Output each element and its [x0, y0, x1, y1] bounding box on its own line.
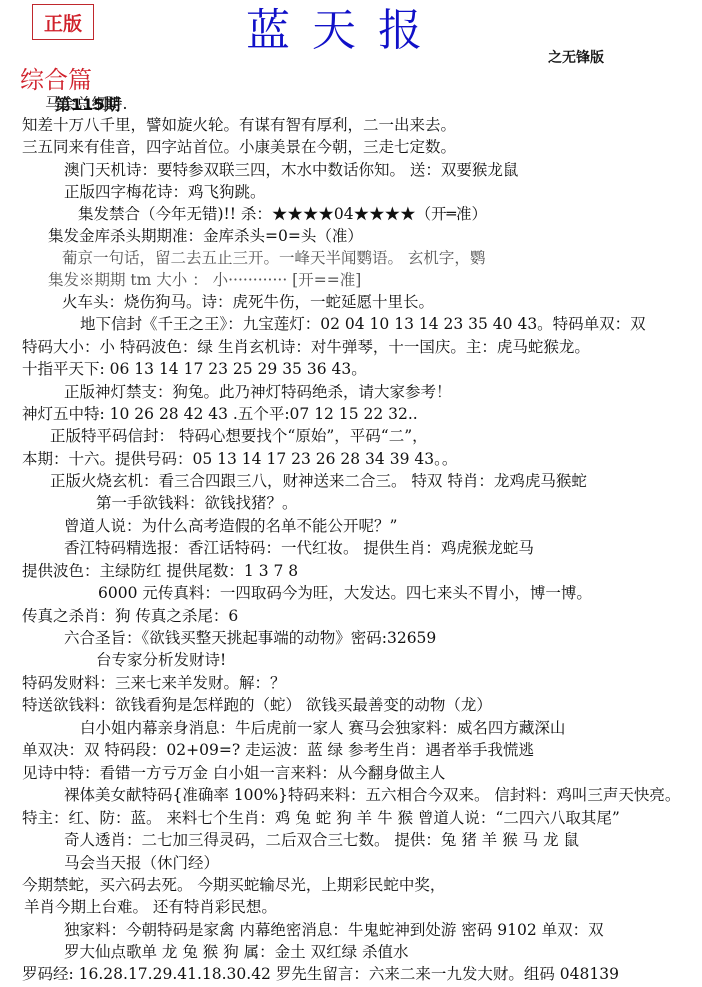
- text-line: 特主：红、防：蓝。 来料七个生肖：鸡 兔 蛇 狗 羊 牛 猴 曾道人说：“二四六…: [22, 808, 620, 828]
- text-line: 台专家分析发财诗!: [96, 650, 226, 670]
- text-line: 曾道人说：为什么高考造假的名单不能公开呢？”: [64, 516, 397, 536]
- text-line: 本期：十六。提供号码：05 13 14 17 23 26 28 34 39 43…: [22, 449, 457, 469]
- text-line: 集发金库杀头期期准：金库杀头=0=头（准）: [48, 226, 363, 246]
- text-line: 今期禁蛇，买六码去死。 今期买蛇输尽光，上期彩民蛇中奖，: [22, 875, 445, 895]
- text-line: 罗码经: 16.28.17.29.41.18.30.42 罗先生留言：六来二来一…: [22, 964, 619, 984]
- text-line: 六合圣旨：《欲钱买整天挑起事端的动物》密码:32659: [64, 628, 436, 648]
- page-title: 蓝天报: [246, 3, 444, 59]
- text-line: 见诗中特：看错一方亏万金 白小姐一言来料：从今翻身做主人: [22, 763, 445, 783]
- text-line: 白小姐内幕亲身消息：牛后虎前一家人 赛马会独家料：威名四方藏深山: [80, 718, 565, 738]
- text-line: 正版四字梅花诗：鸡飞狗跳。: [64, 182, 266, 202]
- text-line: 十指平天下: 06 13 14 17 23 25 29 35 36 43。: [22, 359, 367, 379]
- text-line: 葡京一句话，留二去五止三开。一峰天半闻鹦语。 玄机字，鹦: [62, 248, 485, 268]
- stamp-label: 正版: [44, 9, 82, 36]
- text-line: 特码大小：小 特码波色：绿 生肖玄机诗：对牛弹琴，十一国庆。主：虎马蛇猴龙。: [22, 337, 590, 357]
- text-line: 集发禁合（今年无错)!! 杀：★★★★04★★★★（开═准）: [78, 204, 487, 224]
- text-line: 三五同来有佳音，四字站首位。小康美景在今朝，三走七定数。: [22, 137, 456, 157]
- authentic-stamp: 正版: [32, 4, 94, 40]
- text-line: 地下信封《千王之王》：九宝莲灯：02 04 10 13 14 23 35 40 …: [80, 314, 646, 334]
- text-line: 神灯五中特: 10 26 28 42 43 .五个平:07 12 15 22 3…: [22, 404, 418, 424]
- text-line: 6000 元传真料：一四取码今为旺，大发达。四七来头不胃小，博一博。: [98, 583, 592, 603]
- text-line: 提供波色：主绿防红 提供尾数：1 3 7 8: [22, 561, 298, 581]
- text-line: 马会当天报（休门经）: [64, 853, 219, 873]
- text-line: 正版特平码信封： 特码心想要找个“原始”，平码“二”，: [50, 426, 428, 446]
- text-line: 羊肖今期上台难。 还有特肖彩民想。: [24, 897, 277, 917]
- section-title: 综合篇: [20, 60, 92, 95]
- text-line: 特送欲钱料：欲钱看狗是怎样跑的（蛇） 欲钱买最善变的动物（龙）: [22, 695, 492, 715]
- text-line: 第一手欲钱料：欲钱找猪？。: [96, 493, 298, 513]
- edition-label: 之无锋版: [548, 47, 604, 67]
- text-line: 香江特码精选报：香江话特码：一代红妆。 提供生肖：鸡虎猴龙蛇马: [64, 538, 534, 558]
- text-line: 奇人透肖：二七加三得灵码，二后双合三七数。 提供：兔 猪 羊 猴 马 龙 鼠: [64, 830, 579, 850]
- text-line: 传真之杀肖：狗 传真之杀尾：6: [22, 606, 238, 626]
- text-line: 裸体美女献特码{准确率 100%}特码来料：五六相合今双来。 信封料：鸡叫三声天…: [64, 785, 680, 805]
- text-line: 马会总纲诗.: [45, 94, 127, 114]
- text-line: 单双决：双 特码段：02+09=? 走运波：蓝 绿 参考生肖：遇者举手我慌逃: [22, 740, 534, 760]
- text-line: 正版神灯禁支：狗兔。此乃神灯特码绝杀，请大家参考！: [64, 382, 452, 402]
- text-line: 独家料：今朝特码是家禽 内幕绝密消息：牛鬼蛇神到处游 密码 9102 单双：双: [64, 920, 604, 940]
- text-line: 知差十万八千里，譬如旋火轮。有谋有智有厚利，二一出来去。: [22, 115, 456, 135]
- text-line: 罗大仙点歌单 龙 兔 猴 狗 属：金土 双红绿 杀值水: [64, 942, 409, 962]
- text-line: 澳门天机诗：要特参双联三四，木水中数话你知。 送：双要猴龙鼠: [64, 160, 518, 180]
- text-line: 特码发财料：三来七来羊发财。解：？: [22, 673, 286, 693]
- text-line: 火车头：烧伤狗马。诗：虎死牛伤，一蛇延愿十里长。: [62, 292, 434, 312]
- text-line: 集发※期期 tm 大小 ： 小············ [开==准]: [48, 270, 361, 290]
- text-line: 正版火烧玄机：看三合四跟三八，财神送来二合三。 特双 特肖：龙鸡虎马猴蛇: [50, 471, 587, 491]
